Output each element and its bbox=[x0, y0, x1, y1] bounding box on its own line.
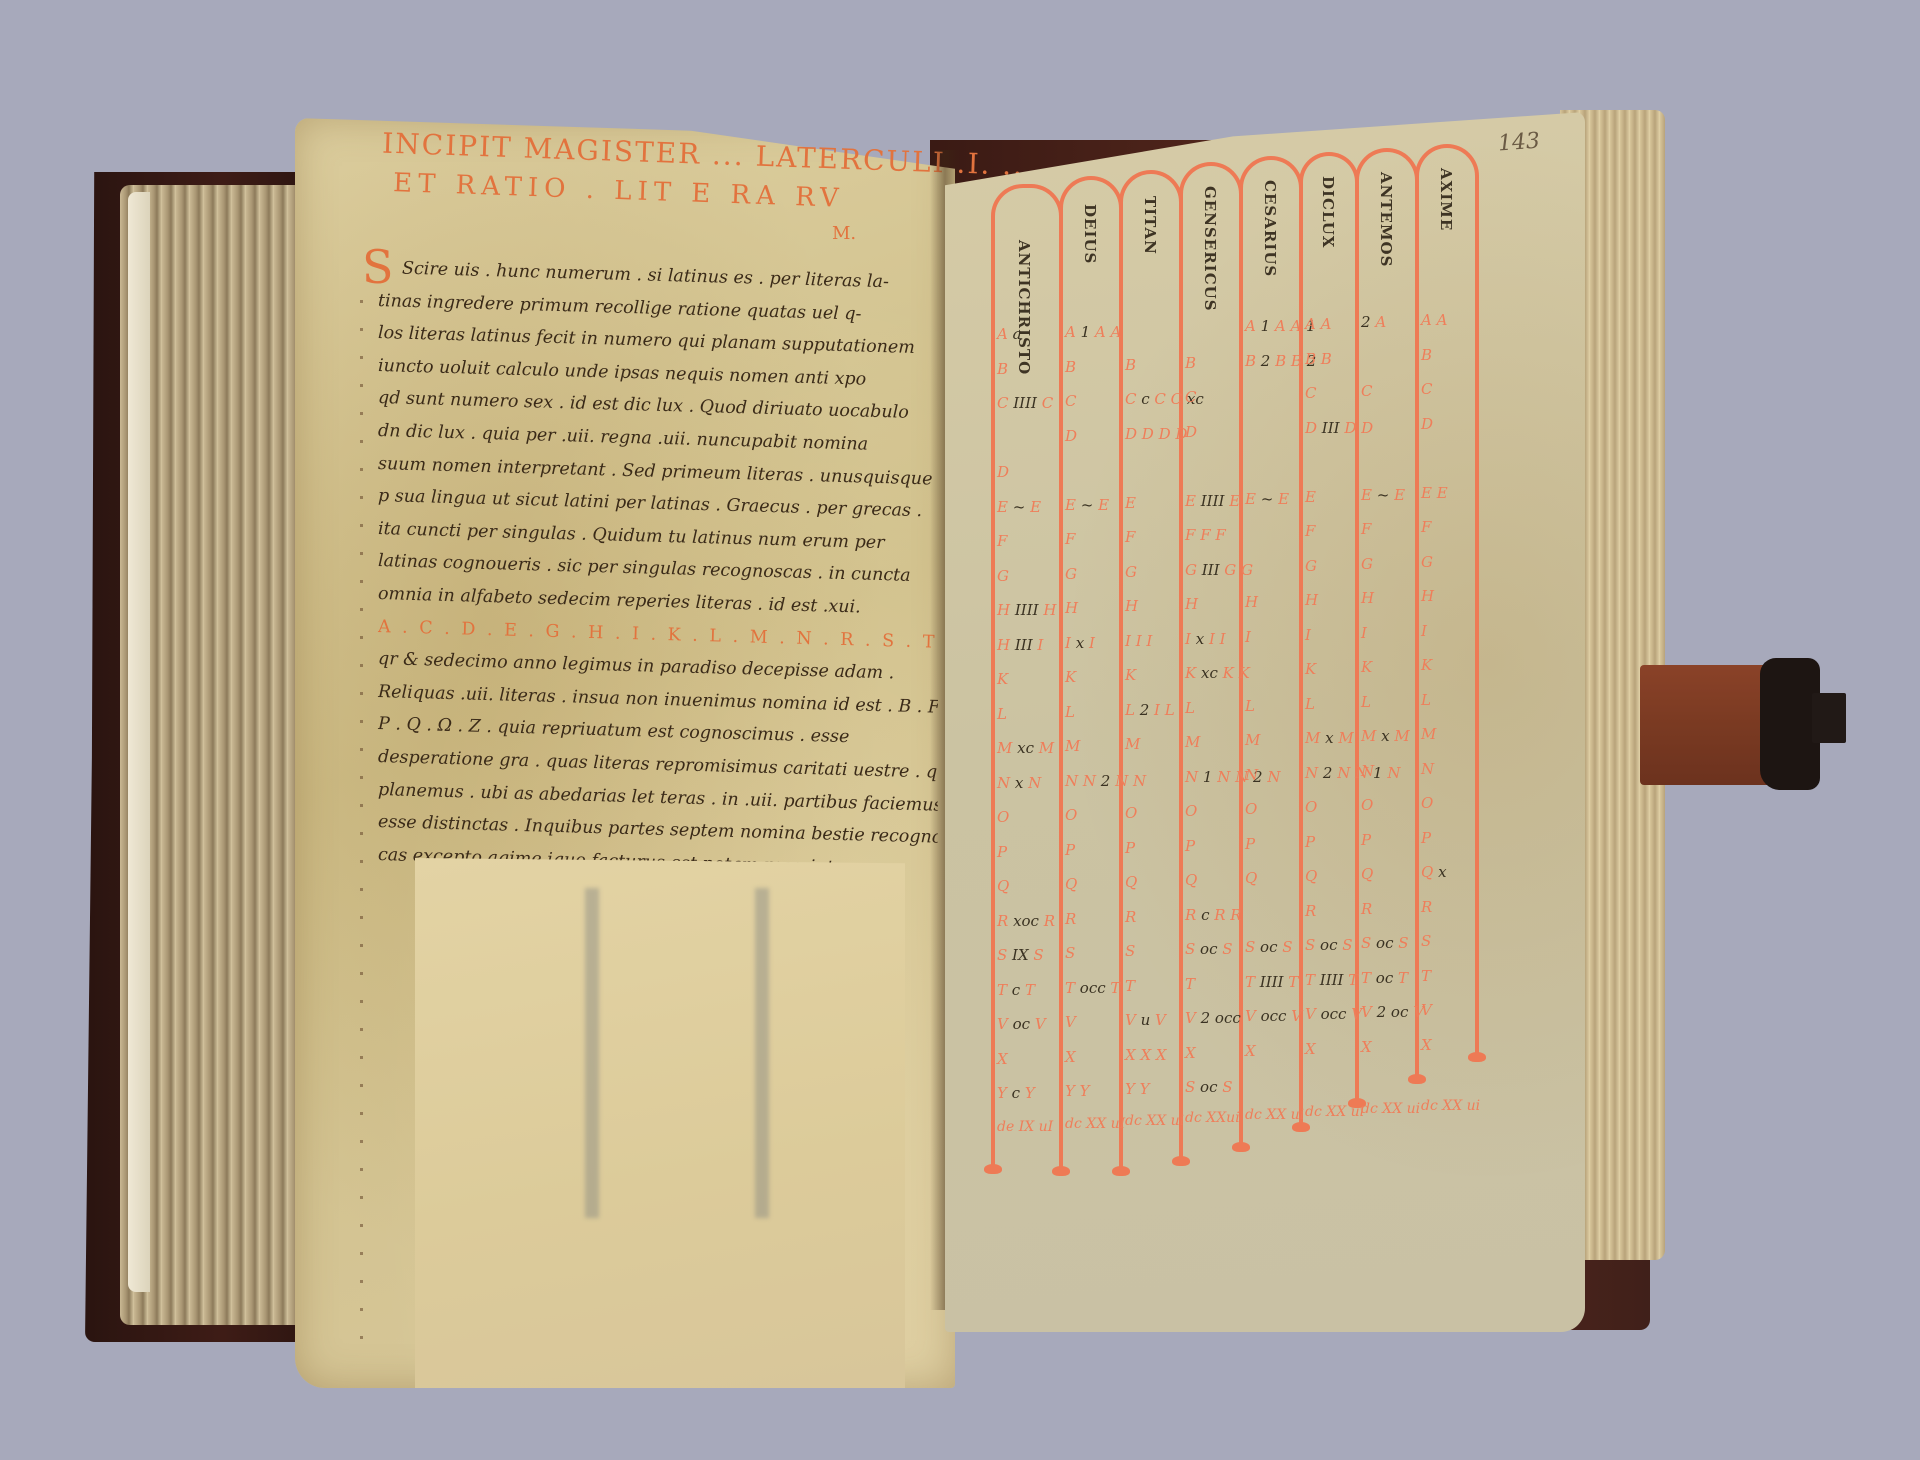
table-cell: F bbox=[1065, 530, 1075, 548]
column-rule bbox=[1415, 200, 1419, 1080]
table-cell: P bbox=[1125, 839, 1135, 857]
table-cell: H bbox=[1065, 599, 1078, 617]
table-cell: R bbox=[1305, 902, 1316, 920]
table-cell: G bbox=[997, 567, 1009, 585]
table-cell: T IIII T bbox=[1305, 971, 1358, 989]
table-cell: E ~ E bbox=[997, 498, 1041, 516]
column-rule bbox=[991, 240, 995, 1170]
table-cell: E ~ E bbox=[1361, 486, 1405, 504]
clasp-pin bbox=[1812, 693, 1846, 743]
column-rule bbox=[1299, 208, 1303, 1128]
table-cell: K bbox=[1305, 660, 1316, 678]
column-total: dc XX uI bbox=[1065, 1116, 1125, 1132]
table-cell: B B bbox=[1305, 350, 1332, 368]
table-cell: I bbox=[1361, 624, 1367, 642]
table-cell: X X X bbox=[1125, 1046, 1167, 1064]
table-cell: Y Y bbox=[1065, 1082, 1090, 1100]
column-heading: AXIME bbox=[1437, 168, 1455, 231]
table-cell: H bbox=[1305, 591, 1318, 609]
arcade-arch bbox=[991, 184, 1063, 244]
table-cell: X bbox=[1245, 1042, 1256, 1060]
page-stack-left bbox=[120, 185, 320, 1325]
table-cell: Q x bbox=[1421, 863, 1447, 881]
table-cell: I bbox=[1421, 622, 1427, 640]
table-cell: I bbox=[1305, 626, 1311, 644]
table-cell: F bbox=[997, 532, 1007, 550]
table-cell: V u V bbox=[1125, 1011, 1166, 1029]
faded-stroke bbox=[755, 888, 769, 1218]
table-cell: A A bbox=[1421, 311, 1447, 329]
table-cell: N bbox=[1361, 762, 1374, 780]
table-cell: I I I bbox=[1125, 632, 1152, 650]
left-page-text: Scire uis . hunc numerum . si latinus es… bbox=[378, 252, 938, 871]
table-cell: 2 A bbox=[1361, 313, 1386, 331]
table-cell: M x M bbox=[1305, 729, 1354, 747]
table-cell: T bbox=[1125, 977, 1135, 995]
table-cell: L bbox=[997, 705, 1007, 723]
table-cell: L bbox=[1361, 693, 1371, 711]
table-cell: S bbox=[1421, 932, 1431, 950]
table-cell: Q bbox=[997, 877, 1009, 895]
table-cell: R bbox=[1125, 908, 1136, 926]
table-cell: H IIII H bbox=[997, 601, 1056, 619]
table-cell: O bbox=[997, 808, 1009, 826]
table-cell: M bbox=[1125, 735, 1140, 753]
table-cell: P bbox=[1305, 833, 1315, 851]
table-cell: T occ T bbox=[1065, 979, 1120, 997]
table-cell: M bbox=[1245, 731, 1260, 749]
column-total: dc XXui bbox=[1185, 1110, 1240, 1126]
table-cell: I x I I bbox=[1185, 630, 1226, 648]
table-cell: V 2 oc V bbox=[1361, 1003, 1424, 1021]
column-heading: TITAN bbox=[1141, 196, 1159, 255]
table-cell: V occ V bbox=[1305, 1005, 1362, 1023]
table-cell: F bbox=[1305, 522, 1315, 540]
prick-marks bbox=[360, 300, 363, 1350]
table-cell: P bbox=[1065, 841, 1075, 859]
table-cell: K bbox=[1361, 658, 1372, 676]
table-cell: T c T bbox=[997, 981, 1035, 999]
table-cell: Y c Y bbox=[997, 1084, 1035, 1102]
table-cell: A A bbox=[1305, 315, 1331, 333]
column-total: dc XX ui bbox=[1125, 1113, 1184, 1129]
table-cell: G bbox=[1125, 563, 1137, 581]
table-cell: K bbox=[997, 670, 1008, 688]
table-cell: G bbox=[1305, 557, 1317, 575]
table-cell: R bbox=[1421, 898, 1432, 916]
column-heading: GENSERICUS bbox=[1201, 186, 1219, 312]
table-cell: S IX S bbox=[997, 946, 1044, 964]
table-cell: E ~ E bbox=[1245, 490, 1289, 508]
table-cell: D bbox=[997, 463, 1009, 481]
table-cell: H bbox=[1245, 593, 1258, 611]
table-cell: S bbox=[1065, 944, 1075, 962]
table-cell: D bbox=[1065, 427, 1077, 445]
table-cell: V bbox=[1065, 1013, 1076, 1031]
table-cell: L bbox=[1065, 703, 1075, 721]
table-cell: F bbox=[1421, 518, 1431, 536]
table-cell: O bbox=[1065, 806, 1077, 824]
table-cell: N x N bbox=[997, 774, 1041, 792]
table-cell: C bbox=[1305, 384, 1316, 402]
table-cell: Q bbox=[1245, 869, 1257, 887]
table-cell: O bbox=[1421, 794, 1433, 812]
table-cell: H III I bbox=[997, 636, 1043, 654]
column-rule bbox=[1179, 218, 1183, 1162]
numerical-table: ANTICHRISTO DEIUS TITAN GENSERICUS CESAR… bbox=[975, 140, 1515, 1200]
table-cell: N N 2 N N bbox=[1065, 772, 1146, 790]
table-cell: T oc T bbox=[1361, 969, 1408, 987]
column-heading: ANTEMOS bbox=[1377, 172, 1395, 267]
table-cell: X bbox=[1185, 1044, 1196, 1062]
table-cell: I x I bbox=[1065, 634, 1095, 652]
table-cell: G bbox=[1421, 553, 1433, 571]
table-cell: M bbox=[1185, 733, 1200, 751]
table-cell: X bbox=[1361, 1038, 1372, 1056]
table-cell: R bbox=[1065, 910, 1076, 928]
table-cell: P bbox=[1245, 835, 1255, 853]
column-heading: CESARIUS bbox=[1261, 180, 1279, 277]
table-cell: B bbox=[1185, 354, 1196, 372]
table-cell: Q bbox=[1185, 871, 1197, 889]
table-cell: O bbox=[1125, 804, 1137, 822]
table-cell: O bbox=[1185, 802, 1197, 820]
table-cell: B bbox=[1125, 356, 1136, 374]
table-cell: P bbox=[1421, 829, 1431, 847]
table-cell: O bbox=[1361, 796, 1373, 814]
column-rule bbox=[1475, 198, 1479, 1058]
table-cell: T IIII T bbox=[1245, 973, 1298, 991]
table-cell: Q bbox=[1065, 875, 1077, 893]
table-cell: F bbox=[1361, 520, 1371, 538]
table-cell: M bbox=[1421, 725, 1436, 743]
column-heading: ANTICHRISTO bbox=[1015, 240, 1033, 375]
table-cell: S oc S bbox=[1361, 934, 1409, 952]
incipit-heading-3: M. bbox=[832, 223, 856, 244]
table-cell: L bbox=[1185, 699, 1195, 717]
table-cell: B bbox=[997, 360, 1008, 378]
table-cell: S oc S bbox=[1245, 938, 1293, 956]
flyleaf-edge bbox=[128, 192, 150, 1292]
table-cell: N 1 N N 2 N bbox=[1185, 768, 1280, 786]
table-cell: E ~ E bbox=[1065, 496, 1109, 514]
table-cell: X bbox=[1305, 1040, 1316, 1058]
clasp-metal-fitting bbox=[1760, 658, 1820, 790]
table-cell: K xc K K bbox=[1185, 664, 1250, 682]
table-cell: P bbox=[1185, 837, 1195, 855]
table-cell: T bbox=[1185, 975, 1195, 993]
table-cell: A a bbox=[997, 325, 1022, 343]
table-cell: O bbox=[1245, 800, 1257, 818]
table-cell: G III G G bbox=[1185, 561, 1253, 579]
table-cell: N bbox=[1245, 766, 1258, 784]
table-cell: A 1 A A bbox=[1065, 323, 1121, 341]
table-cell: H bbox=[1185, 595, 1198, 613]
table-cell: L bbox=[1421, 691, 1431, 709]
table-cell: I bbox=[1245, 628, 1251, 646]
table-cell: M bbox=[1065, 737, 1080, 755]
table-cell: X bbox=[997, 1050, 1008, 1068]
table-cell: G bbox=[1361, 555, 1373, 573]
table-cell: S oc S bbox=[1305, 936, 1353, 954]
column-rule bbox=[1119, 226, 1123, 1172]
column-heading: DICLUX bbox=[1319, 176, 1337, 248]
table-cell: F bbox=[1125, 528, 1135, 546]
table-cell: C bbox=[1421, 380, 1432, 398]
table-cell: G bbox=[1065, 565, 1077, 583]
table-cell: P bbox=[1361, 831, 1371, 849]
table-cell: C IIII C bbox=[997, 394, 1053, 412]
column-total: dc XX ui bbox=[1421, 1098, 1480, 1114]
table-cell: L 2 I L bbox=[1125, 701, 1175, 719]
table-cell: C bbox=[1065, 392, 1076, 410]
column-heading: DEIUS bbox=[1081, 204, 1099, 264]
table-cell: R c R R bbox=[1185, 906, 1242, 924]
table-cell: P bbox=[997, 843, 1007, 861]
table-cell: R xoc R bbox=[997, 912, 1055, 930]
table-cell: Y Y bbox=[1125, 1080, 1150, 1098]
table-cell: T bbox=[1421, 967, 1431, 985]
table-cell: L bbox=[1305, 695, 1315, 713]
column-total: dc XX ui bbox=[1245, 1107, 1304, 1123]
table-cell: M xc M bbox=[997, 739, 1054, 757]
table-cell: C bbox=[1185, 388, 1196, 406]
table-cell: R bbox=[1361, 900, 1372, 918]
table-cell: S oc S bbox=[1185, 1078, 1233, 1096]
table-cell: S oc S bbox=[1185, 940, 1233, 958]
table-cell: Q bbox=[1305, 867, 1317, 885]
table-cell: D bbox=[1421, 415, 1433, 433]
table-cell: V occ V bbox=[1245, 1007, 1302, 1025]
table-cell: E bbox=[1125, 494, 1136, 512]
table-cell: D D D D bbox=[1125, 425, 1187, 443]
column-rule bbox=[1059, 232, 1063, 1172]
table-cell: V oc V bbox=[997, 1015, 1046, 1033]
table-cell: H bbox=[1421, 587, 1434, 605]
table-cell: H bbox=[1125, 597, 1138, 615]
table-cell: L bbox=[1245, 697, 1255, 715]
faded-stroke bbox=[585, 888, 599, 1218]
table-cell: H bbox=[1361, 589, 1374, 607]
table-cell: F F F bbox=[1185, 526, 1226, 544]
table-cell: O bbox=[1305, 798, 1317, 816]
table-cell: B bbox=[1065, 358, 1076, 376]
table-cell: D bbox=[1185, 423, 1197, 441]
table-cell: N 2 N N 1 N bbox=[1305, 764, 1400, 782]
table-cell: B bbox=[1421, 346, 1432, 364]
table-cell: M x M bbox=[1361, 727, 1410, 745]
table-cell: K bbox=[1125, 666, 1136, 684]
table-cell: K bbox=[1421, 656, 1432, 674]
table-cell: S bbox=[1125, 942, 1135, 960]
inserted-parchment-slip bbox=[415, 858, 905, 1388]
table-cell: D III D D bbox=[1305, 419, 1373, 437]
table-cell: X bbox=[1065, 1048, 1076, 1066]
table-cell: V 2 occ bbox=[1185, 1009, 1241, 1027]
table-cell: E IIII E bbox=[1185, 492, 1240, 510]
column-total: dc XX ui bbox=[1305, 1104, 1364, 1120]
column-total: dc XX ui bbox=[1361, 1101, 1420, 1117]
table-cell: K bbox=[1065, 668, 1076, 686]
table-cell: E bbox=[1305, 488, 1316, 506]
table-cell: Q bbox=[1125, 873, 1137, 891]
column-total: de IX uI bbox=[997, 1119, 1053, 1135]
table-cell: Q bbox=[1361, 865, 1373, 883]
table-cell: V bbox=[1421, 1001, 1432, 1019]
table-cell: C bbox=[1361, 382, 1372, 400]
table-cell: X bbox=[1421, 1036, 1432, 1054]
table-cell: N bbox=[1421, 760, 1434, 778]
table-cell: E E bbox=[1421, 484, 1448, 502]
column-rule bbox=[1355, 204, 1359, 1104]
